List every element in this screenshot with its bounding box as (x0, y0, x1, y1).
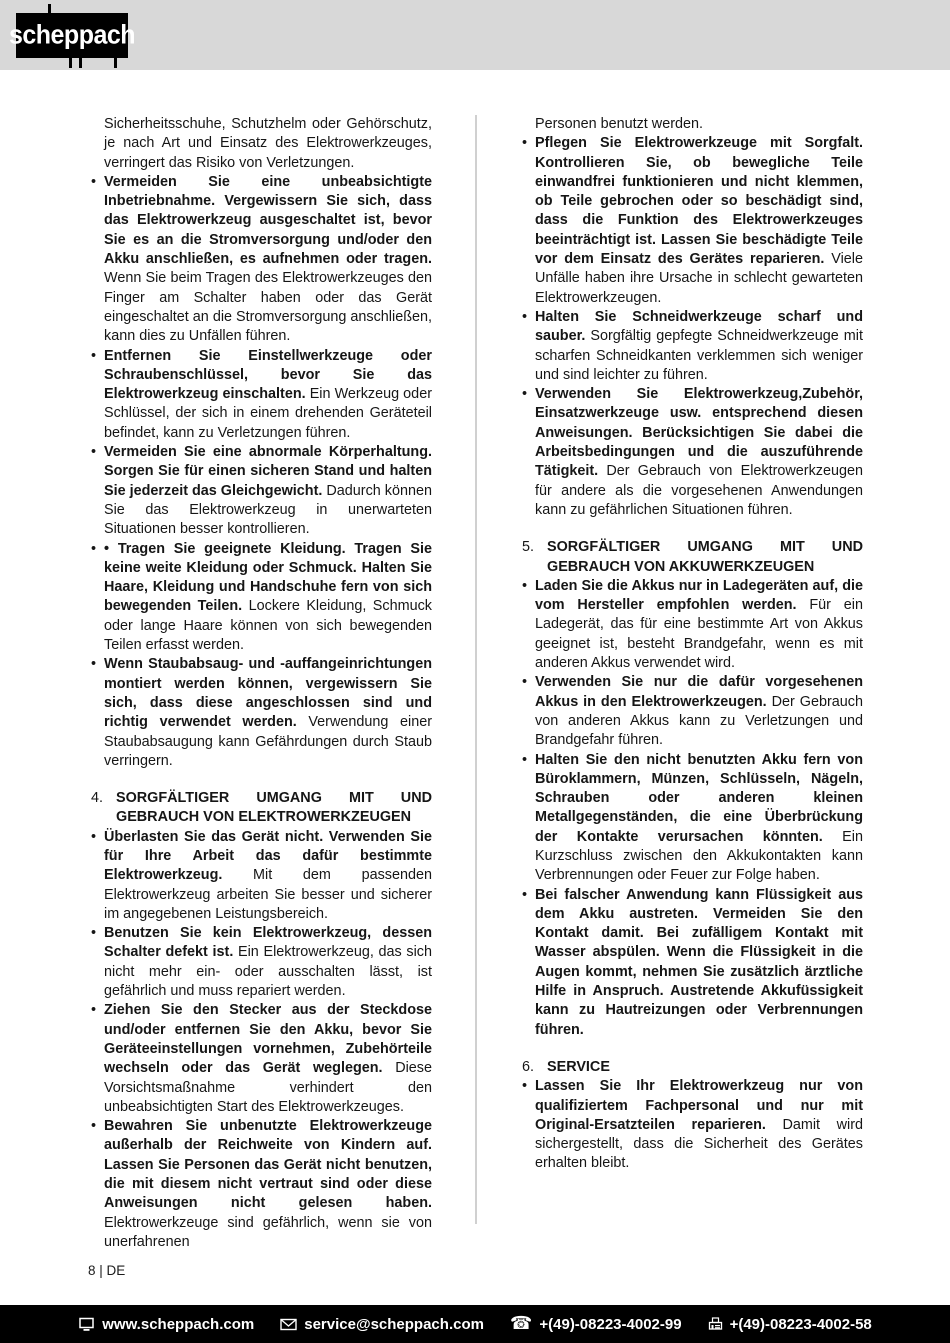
bullet-bold-lead: Vermeiden Sie eine unbeabsichtigte Inbet… (104, 174, 432, 267)
bullet-item: •Verwenden Sie nur die dafür vorgesehene… (521, 673, 863, 750)
section-heading: 4.SORGFÄLTIGER UMGANG MIT UND GEBRAUCH V… (90, 789, 432, 828)
bullet-marker: • (91, 655, 96, 674)
bullet-marker: • (91, 924, 96, 943)
bullet-text: Überlasten Sie das Gerät nicht. Verwende… (104, 829, 432, 922)
bullet-text: Bei falscher Anwendung kann Flüssigkeit … (535, 887, 863, 1038)
bullet-bold-lead: Halten Sie den nicht benutzten Akku fern… (535, 752, 863, 845)
bullet-text: Wenn Staubabsaug- und -auffangeinrichtun… (104, 656, 432, 768)
bullet-item: •Halten Sie Schneidwerkzeuge scharf und … (521, 308, 863, 385)
footer-phone: ☎ +(49)-08223-4002-99 (510, 1315, 682, 1333)
bullet-marker: • (91, 173, 96, 192)
bullet-item: •Laden Sie die Akkus nur in Ladegeräten … (521, 577, 863, 673)
bullet-marker: • (522, 1077, 527, 1096)
bullet-marker: • (522, 577, 527, 596)
section-number: 5. (522, 538, 534, 557)
section-title: SORGFÄLTIGER UMGANG MIT UND GEBRAUCH VON… (547, 539, 863, 574)
bullet-marker: • (91, 540, 96, 559)
bullet-text: Pflegen Sie Elektrowerkzeuge mit Sorgfal… (535, 135, 863, 305)
bullet-marker: • (522, 751, 527, 770)
bullet-text: Verwenden Sie nur die dafür vorgesehenen… (535, 674, 863, 748)
scheppach-logo: scheppach (16, 13, 128, 58)
bullet-item: •Benutzen Sie kein Elektrowerkzeug, dess… (90, 924, 432, 1001)
bullet-marker: • (522, 673, 527, 692)
fax-icon (708, 1317, 723, 1332)
section-heading: 5.SORGFÄLTIGER UMGANG MIT UND GEBRAUCH V… (521, 538, 863, 577)
bullet-normal-tail: Wenn Sie beim Tragen des Elektrowerkzeug… (104, 270, 432, 344)
website-text: www.scheppach.com (102, 1316, 254, 1333)
section-title: SORGFÄLTIGER UMGANG MIT UND GEBRAUCH VON… (116, 790, 432, 825)
bullet-marker: • (522, 886, 527, 905)
bullet-text: Verwenden Sie Elektrowerkzeug,Zubehör, E… (535, 386, 863, 518)
monitor-icon (78, 1317, 95, 1332)
footer-website: www.scheppach.com (78, 1316, 254, 1333)
bullet-item: •Vermeiden Sie eine unbeabsichtigte Inbe… (90, 173, 432, 347)
bullet-marker: • (91, 1001, 96, 1020)
footer-fax: +(49)-08223-4002-58 (708, 1316, 872, 1333)
email-text: service@scheppach.com (304, 1316, 484, 1333)
bullet-marker: • (522, 385, 527, 404)
bullet-item: •Entfernen Sie Einstellwerkzeuge oder Sc… (90, 347, 432, 443)
bullet-item: •Pflegen Sie Elektrowerkzeuge mit Sorgfa… (521, 134, 863, 308)
bullet-item: •Vermeiden Sie eine abnormale Körperhalt… (90, 443, 432, 539)
bullet-text: Halten Sie den nicht benutzten Akku fern… (535, 752, 863, 884)
paragraph: Personen benutzt werden. (521, 115, 863, 134)
bullet-bold-lead: Bei falscher Anwendung kann Flüssigkeit … (535, 887, 863, 1038)
bullet-text: Ziehen Sie den Stecker aus der Steckdose… (104, 1002, 432, 1114)
bullet-marker: • (522, 134, 527, 153)
bullet-item: •Überlasten Sie das Gerät nicht. Verwend… (90, 828, 432, 924)
logo-text: scheppach (9, 20, 135, 51)
footer-email: service@scheppach.com (280, 1316, 484, 1333)
column-divider (475, 115, 477, 1224)
paragraph: Sicherheitsschuhe, Schutzhelm oder Gehör… (90, 115, 432, 173)
bullet-marker: • (91, 1117, 96, 1136)
section-number: 4. (91, 789, 103, 808)
bullet-text: Benutzen Sie kein Elektrowerkzeug, desse… (104, 925, 432, 999)
bullet-item: •Wenn Staubabsaug- und -auffangeinrichtu… (90, 655, 432, 771)
bullet-text: Lassen Sie Ihr Elektrowerkzeug nur von q… (535, 1078, 863, 1171)
bullet-text: • Tragen Sie geeignete Kleidung. Tragen … (104, 541, 432, 653)
bullet-marker: • (522, 308, 527, 327)
phone-icon: ☎ (510, 1315, 532, 1333)
logo-stem (114, 57, 117, 68)
logo-stem (48, 4, 51, 14)
bullet-marker: • (91, 828, 96, 847)
logo-stem (79, 57, 82, 68)
bullet-text: Vermeiden Sie eine abnormale Körperhaltu… (104, 444, 432, 537)
bullet-bold-lead: Pflegen Sie Elektrowerkzeuge mit Sorgfal… (535, 135, 863, 267)
bullet-marker: • (91, 347, 96, 366)
logo-stem (69, 57, 72, 68)
bullet-text: Bewahren Sie unbenutzte Elektrowerkzeuge… (104, 1118, 432, 1250)
bullet-item: •Bewahren Sie unbenutzte Elektrowerkzeug… (90, 1117, 432, 1252)
left-column: Sicherheitsschuhe, Schutzhelm oder Gehör… (90, 115, 432, 1252)
bullet-bold-lead: Bewahren Sie unbenutzte Elektrowerkzeuge… (104, 1118, 432, 1211)
phone-text: +(49)-08223-4002-99 (539, 1316, 681, 1333)
page-number: 8 | DE (88, 1263, 125, 1278)
bullet-item: •Bei falscher Anwendung kann Flüssigkeit… (521, 886, 863, 1040)
fax-text: +(49)-08223-4002-58 (730, 1316, 872, 1333)
bullet-normal-tail: Sorgfältig gepfegte Schneidwerkzeuge mit… (535, 328, 863, 383)
footer-bar: www.scheppach.com service@scheppach.com … (0, 1305, 950, 1343)
right-column: Personen benutzt werden.•Pflegen Sie Ele… (521, 115, 863, 1174)
bullet-marker: • (91, 443, 96, 462)
bullet-item: •• Tragen Sie geeignete Kleidung. Tragen… (90, 540, 432, 656)
bullet-text: Laden Sie die Akkus nur in Ladegeräten a… (535, 578, 863, 671)
header-band: scheppach (0, 0, 950, 70)
bullet-text: Halten Sie Schneidwerkzeuge scharf und s… (535, 309, 863, 383)
bullet-item: •Lassen Sie Ihr Elektrowerkzeug nur von … (521, 1077, 863, 1173)
section-heading: 6.SERVICE (521, 1058, 863, 1077)
bullet-text: Vermeiden Sie eine unbeabsichtigte Inbet… (104, 174, 432, 344)
section-number: 6. (522, 1058, 534, 1077)
bullet-text: Entfernen Sie Einstellwerkzeuge oder Sch… (104, 348, 432, 441)
section-title: SERVICE (547, 1059, 610, 1075)
bullet-normal-tail: Elektrowerkzeuge sind gefährlich, wenn s… (104, 1215, 432, 1250)
bullet-item: •Halten Sie den nicht benutzten Akku fer… (521, 751, 863, 886)
bullet-item: •Verwenden Sie Elektrowerkzeug,Zubehör, … (521, 385, 863, 520)
bullet-item: •Ziehen Sie den Stecker aus der Steckdos… (90, 1001, 432, 1117)
envelope-icon (280, 1318, 297, 1331)
